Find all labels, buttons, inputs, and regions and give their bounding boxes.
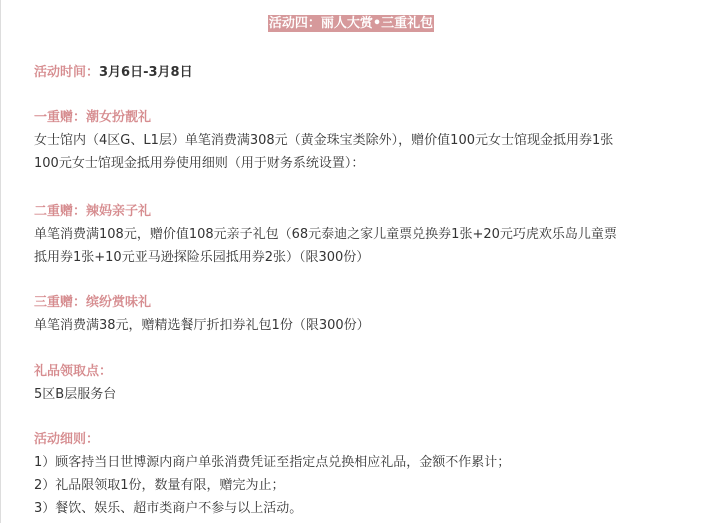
gift-3-heading: 三重赠：缤纷赏味礼 [34, 291, 151, 314]
rules-line-1: 1）顾客持当日世博源内商户单张消费凭证至指定点兑换相应礼品，金额不作累计； [34, 451, 510, 474]
gift-1-line-1: 女士馆内（4区G、L1层）单笔消费满308元（黄金珠宝类除外），赠价值100元女… [34, 129, 613, 152]
gift-2-heading: 二重赠：辣妈亲子礼 [34, 200, 151, 223]
gift-2-line-2: 抵用券1张+10元亚马逊探险乐园抵用券2张）（限300份） [34, 246, 369, 269]
gift-1-line-2: 100元女士馆现金抵用券使用细则（用于财务系统设置）： [34, 152, 364, 175]
article-title-row: 活动四：丽人大赏•三重礼包 [0, 15, 702, 33]
pickup-line-1: 5区B层服务台 [34, 383, 116, 406]
article-title: 活动四：丽人大赏•三重礼包 [268, 15, 434, 32]
gift-2-line-1: 单笔消费满108元，赠价值108元亲子礼包（68元泰迪之家儿童票兑换券1张+20… [34, 223, 617, 246]
rules-heading: 活动细则： [34, 428, 99, 451]
activity-time-value: 3月6日-3月8日 [99, 65, 193, 80]
gift-1-heading: 一重赠：潮女扮靓礼 [34, 106, 151, 129]
activity-time-label: 活动时间： [34, 65, 99, 80]
left-border [0, 0, 1, 523]
activity-time-row: 活动时间：3月6日-3月8日 [34, 61, 193, 84]
pickup-heading: 礼品领取点： [34, 360, 112, 383]
gift-3-line-1: 单笔消费满38元，赠精选餐厅折扣券礼包1份（限300份） [34, 314, 370, 337]
rules-line-2: 2）礼品限领取1份，数量有限，赠完为止； [34, 474, 285, 497]
rules-line-3: 3）餐饮、娱乐、超市类商户不参与以上活动。 [34, 497, 302, 520]
